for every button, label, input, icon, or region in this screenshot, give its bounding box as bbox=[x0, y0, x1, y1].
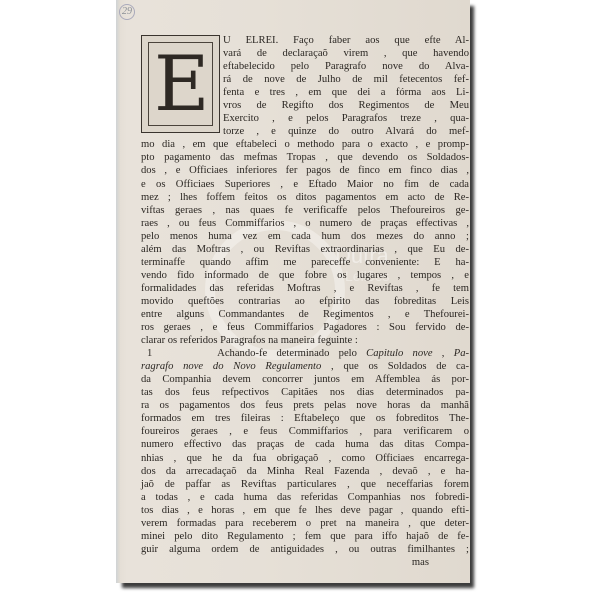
catchword: mas bbox=[141, 556, 469, 569]
text-line: dos da arrecadaçaõ da Minha Real Fazenda… bbox=[141, 465, 469, 478]
text-line: foureiros geraes , e feus Commiffarios ,… bbox=[141, 425, 469, 438]
text-segment: Achando-fe determinado pelo bbox=[217, 348, 366, 359]
text-line: dos , e Officiaes inferiores fer pagos d… bbox=[141, 164, 469, 177]
text-line: fenta e tres , em que dei a fórma aos Li… bbox=[223, 86, 469, 99]
catchword-text: mas bbox=[412, 557, 429, 568]
italic-reference: ragrafo nove do Novo Regulamento bbox=[141, 361, 321, 372]
text-line: verem formadas para receberem o pret na … bbox=[141, 517, 469, 530]
text-line: mo dia , em que eftabeleci o methodo par… bbox=[141, 138, 469, 151]
text-segment: , bbox=[433, 348, 454, 359]
italic-reference: Capitulo nove bbox=[366, 348, 432, 359]
paragraph-1-first-line: 1 Achando-fe determinado pelo Capitulo n… bbox=[141, 347, 469, 360]
text-line: pto pagamento das mefmas Tropas , que de… bbox=[141, 151, 469, 164]
page-left-edge bbox=[116, 0, 120, 583]
text-line: vros de Regifto dos Regimentos de Meu bbox=[223, 99, 469, 112]
text-line: ros geraes , e feus Commiffarios Pagador… bbox=[141, 321, 469, 334]
text-line: ra os pagamentos dos feus prets pelas no… bbox=[141, 399, 469, 412]
text-line: raes , ou feus Commiffarios , o numero d… bbox=[141, 217, 469, 230]
text-line: e os Officiaes Superiores , e Eftado Mai… bbox=[141, 178, 469, 191]
paragraph-number: 1 bbox=[147, 348, 152, 359]
text-line: pelo menos huma vez em cada hum dos meze… bbox=[141, 230, 469, 243]
text-line: movido queftões contrarias ao efpirito d… bbox=[141, 295, 469, 308]
text-line: vendo fido informado de que fobre os lug… bbox=[141, 269, 469, 282]
text-line: rá de nove de Julho de mil fetecentos fe… bbox=[223, 73, 469, 86]
text-line: eftabelecido pelo Paragrafo nove do Alva… bbox=[223, 60, 469, 73]
text-line: numero effectivo das praças de cada huma… bbox=[141, 438, 469, 451]
text-line: terminaffe quando affim me pareceffe con… bbox=[141, 256, 469, 269]
text-line: tos dias , e horas , em que fe lhes deve… bbox=[141, 504, 469, 517]
text-line: clarar os referidos Paragrafos na maneir… bbox=[141, 334, 469, 347]
italic-reference: Pa- bbox=[454, 348, 469, 359]
document-text: U ELREI. Faço faber aos que efte Al- var… bbox=[141, 34, 469, 569]
text-line: entre alguns Commandantes de Regimentos … bbox=[141, 308, 469, 321]
text-line: a todas , e cada huma das referidas Comp… bbox=[141, 491, 469, 504]
text-line: formalidades das referidas Moftras , e R… bbox=[141, 282, 469, 295]
text-line: nhias , que he da fua obrigaçaõ , como O… bbox=[141, 452, 469, 465]
page-number-annotation: 29 bbox=[119, 4, 135, 20]
text-line: da Companhia devem concorrer juntos em A… bbox=[141, 373, 469, 386]
text-line: tas dos feus refpectivos Capitães nos di… bbox=[141, 386, 469, 399]
text-line: U ELREI. Faço faber aos que efte Al- bbox=[223, 34, 469, 47]
text-line: Exercito , e pelos Paragrafos treze , qu… bbox=[223, 112, 469, 125]
text-line: guir alguma ordem de antiguidades , ou o… bbox=[141, 543, 469, 556]
text-line: mez ; lhes foffem feitos os ditos pagame… bbox=[141, 191, 469, 204]
text-line: formados em tres fileiras : Eftabeleço q… bbox=[141, 412, 469, 425]
text-line: torze , e quinze do outro Alvará do mef- bbox=[223, 125, 469, 138]
text-line: viftas geraes , nas quaes fe verificaffe… bbox=[141, 204, 469, 217]
text-segment: , que os Soldados de ca- bbox=[321, 361, 469, 372]
paragraph-1-second-line: ragrafo nove do Novo Regulamento , que o… bbox=[141, 360, 469, 373]
text-line: além das Moftras , ou Reviftas extraordi… bbox=[141, 243, 469, 256]
text-line: vará de declaraçaõ virem , que havendo bbox=[223, 47, 469, 60]
text-line: minei pelo dito Regulamento ; fem que pa… bbox=[141, 530, 469, 543]
text-line: jaõ de paffar as Reviftas particulares ,… bbox=[141, 478, 469, 491]
